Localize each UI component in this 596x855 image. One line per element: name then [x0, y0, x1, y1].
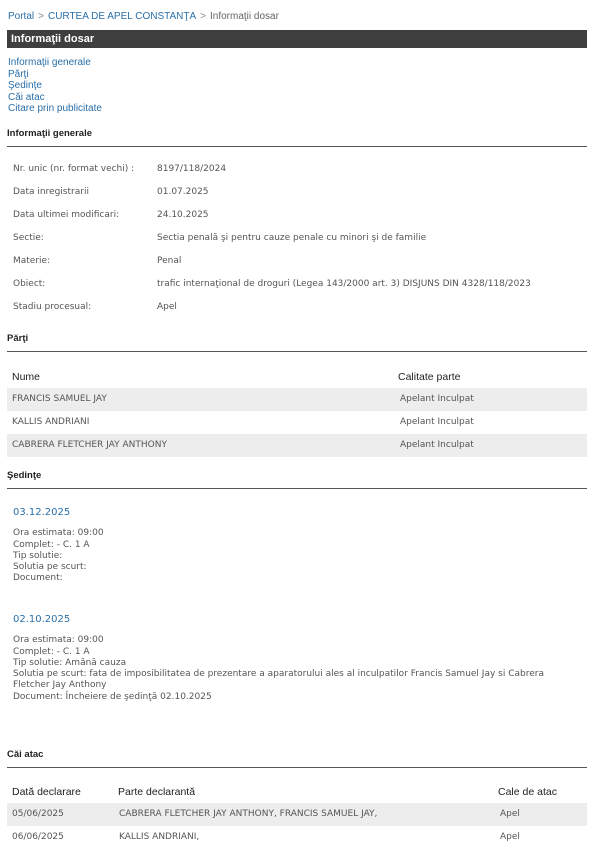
table-header: Nume Calitate parte [7, 366, 587, 388]
hearing-solution-summary: Solutia pe scurt: [13, 562, 583, 573]
section-heading-sedinte: Şedinţe [7, 470, 587, 489]
hearing-solution-type: Tip solutie: [13, 551, 583, 562]
column-header-data: Dată declarare [12, 781, 81, 803]
column-header-cale: Cale de atac [498, 781, 557, 803]
hearing-panel: Complet: - C. 1 A [13, 647, 583, 658]
hearing-solution-type: Tip solutie: Amână cauza [13, 658, 583, 669]
appeal-type: Apel [500, 826, 520, 848]
party-name: KALLIS ANDRIANI [12, 411, 89, 433]
hearing-document: Document: Încheiere de şedinţă 02.10.202… [13, 692, 583, 703]
declaring-party: CABRERA FLETCHER JAY ANTHONY, FRANCIS SA… [119, 803, 377, 825]
info-value: Penal [157, 256, 181, 266]
info-label: Sectie: [13, 233, 44, 243]
section-nav: Informaţii generale Părţi Şedinţe Căi at… [8, 57, 102, 115]
column-header-parte: Parte declarantă [118, 781, 195, 803]
table-row: 05/06/2025CABRERA FLETCHER JAY ANTHONY, … [7, 803, 587, 826]
column-header-calitate: Calitate parte [398, 366, 460, 388]
declaring-party: KALLIS ANDRIANI, [119, 826, 199, 848]
party-role: Apelant Inculpat [400, 434, 474, 456]
info-value: trafic internaţional de droguri (Legea 1… [157, 279, 531, 289]
info-value: 01.07.2025 [157, 187, 209, 197]
breadcrumb-separator: > [200, 11, 206, 22]
column-header-nume: Nume [12, 366, 40, 388]
breadcrumb-portal-link[interactable]: Portal [8, 11, 34, 22]
party-name: CABRERA FLETCHER JAY ANTHONY [12, 434, 167, 456]
page-title: Informaţii dosar [7, 30, 587, 48]
nav-link-citare[interactable]: Citare prin publicitate [8, 103, 102, 115]
info-value: 8197/118/2024 [157, 164, 226, 174]
declaration-date: 06/06/2025 [12, 826, 64, 848]
info-value: Sectia penală şi pentru cauze penale cu … [157, 233, 426, 243]
hearing-time: Ora estimata: 09:00 [13, 528, 583, 539]
table-row: FRANCIS SAMUEL JAYApelant Inculpat [7, 388, 587, 411]
nav-link-parti[interactable]: Părţi [8, 69, 102, 81]
breadcrumb-separator: > [38, 11, 44, 22]
hearing-item: 02.10.2025Ora estimata: 09:00Complet: - … [13, 614, 583, 703]
breadcrumb: Portal>CURTEA DE APEL CONSTANŢA>Informaţ… [8, 11, 279, 22]
info-value: 24.10.2025 [157, 210, 209, 220]
breadcrumb-current: Informaţii dosar [210, 11, 279, 22]
nav-link-informatii-generale[interactable]: Informaţii generale [8, 57, 102, 69]
table-row: CABRERA FLETCHER JAY ANTHONYApelant Incu… [7, 434, 587, 457]
parti-table: Nume Calitate parte FRANCIS SAMUEL JAYAp… [7, 366, 587, 457]
breadcrumb-court-link[interactable]: CURTEA DE APEL CONSTANŢA [48, 11, 196, 22]
appeal-type: Apel [500, 803, 520, 825]
info-label: Stadiu procesual: [13, 302, 91, 312]
table-header: Dată declarare Parte declarantă Cale de … [7, 781, 587, 803]
info-label: Obiect: [13, 279, 45, 289]
hearing-solution-summary: Solutia pe scurt: fata de imposibilitate… [13, 669, 583, 692]
hearing-item: 03.12.2025Ora estimata: 09:00Complet: - … [13, 507, 583, 585]
info-value: Apel [157, 302, 177, 312]
declaration-date: 05/06/2025 [12, 803, 64, 825]
hearing-document: Document: [13, 573, 583, 584]
hearing-time: Ora estimata: 09:00 [13, 635, 583, 646]
table-row: KALLIS ANDRIANIApelant Inculpat [7, 411, 587, 434]
nav-link-cai-atac[interactable]: Căi atac [8, 92, 102, 104]
hearing-date[interactable]: 03.12.2025 [13, 507, 583, 518]
section-heading-informatii-generale: Informaţii generale [7, 128, 587, 147]
party-role: Apelant Inculpat [400, 388, 474, 410]
party-role: Apelant Inculpat [400, 411, 474, 433]
cai-atac-table: Dată declarare Parte declarantă Cale de … [7, 781, 587, 849]
hearing-panel: Complet: - C. 1 A [13, 540, 583, 551]
party-name: FRANCIS SAMUEL JAY [12, 388, 107, 410]
section-heading-cai-atac: Căi atac [7, 749, 587, 768]
info-label: Data ultimei modificari: [13, 210, 119, 220]
nav-link-sedinte[interactable]: Şedinţe [8, 80, 102, 92]
info-label: Materie: [13, 256, 50, 266]
table-row: 06/06/2025KALLIS ANDRIANI,Apel [7, 826, 587, 849]
info-label: Nr. unic (nr. format vechi) : [13, 164, 134, 174]
hearing-date[interactable]: 02.10.2025 [13, 614, 583, 625]
info-label: Data inregistrarii [13, 187, 89, 197]
section-heading-parti: Părţi [7, 333, 587, 352]
